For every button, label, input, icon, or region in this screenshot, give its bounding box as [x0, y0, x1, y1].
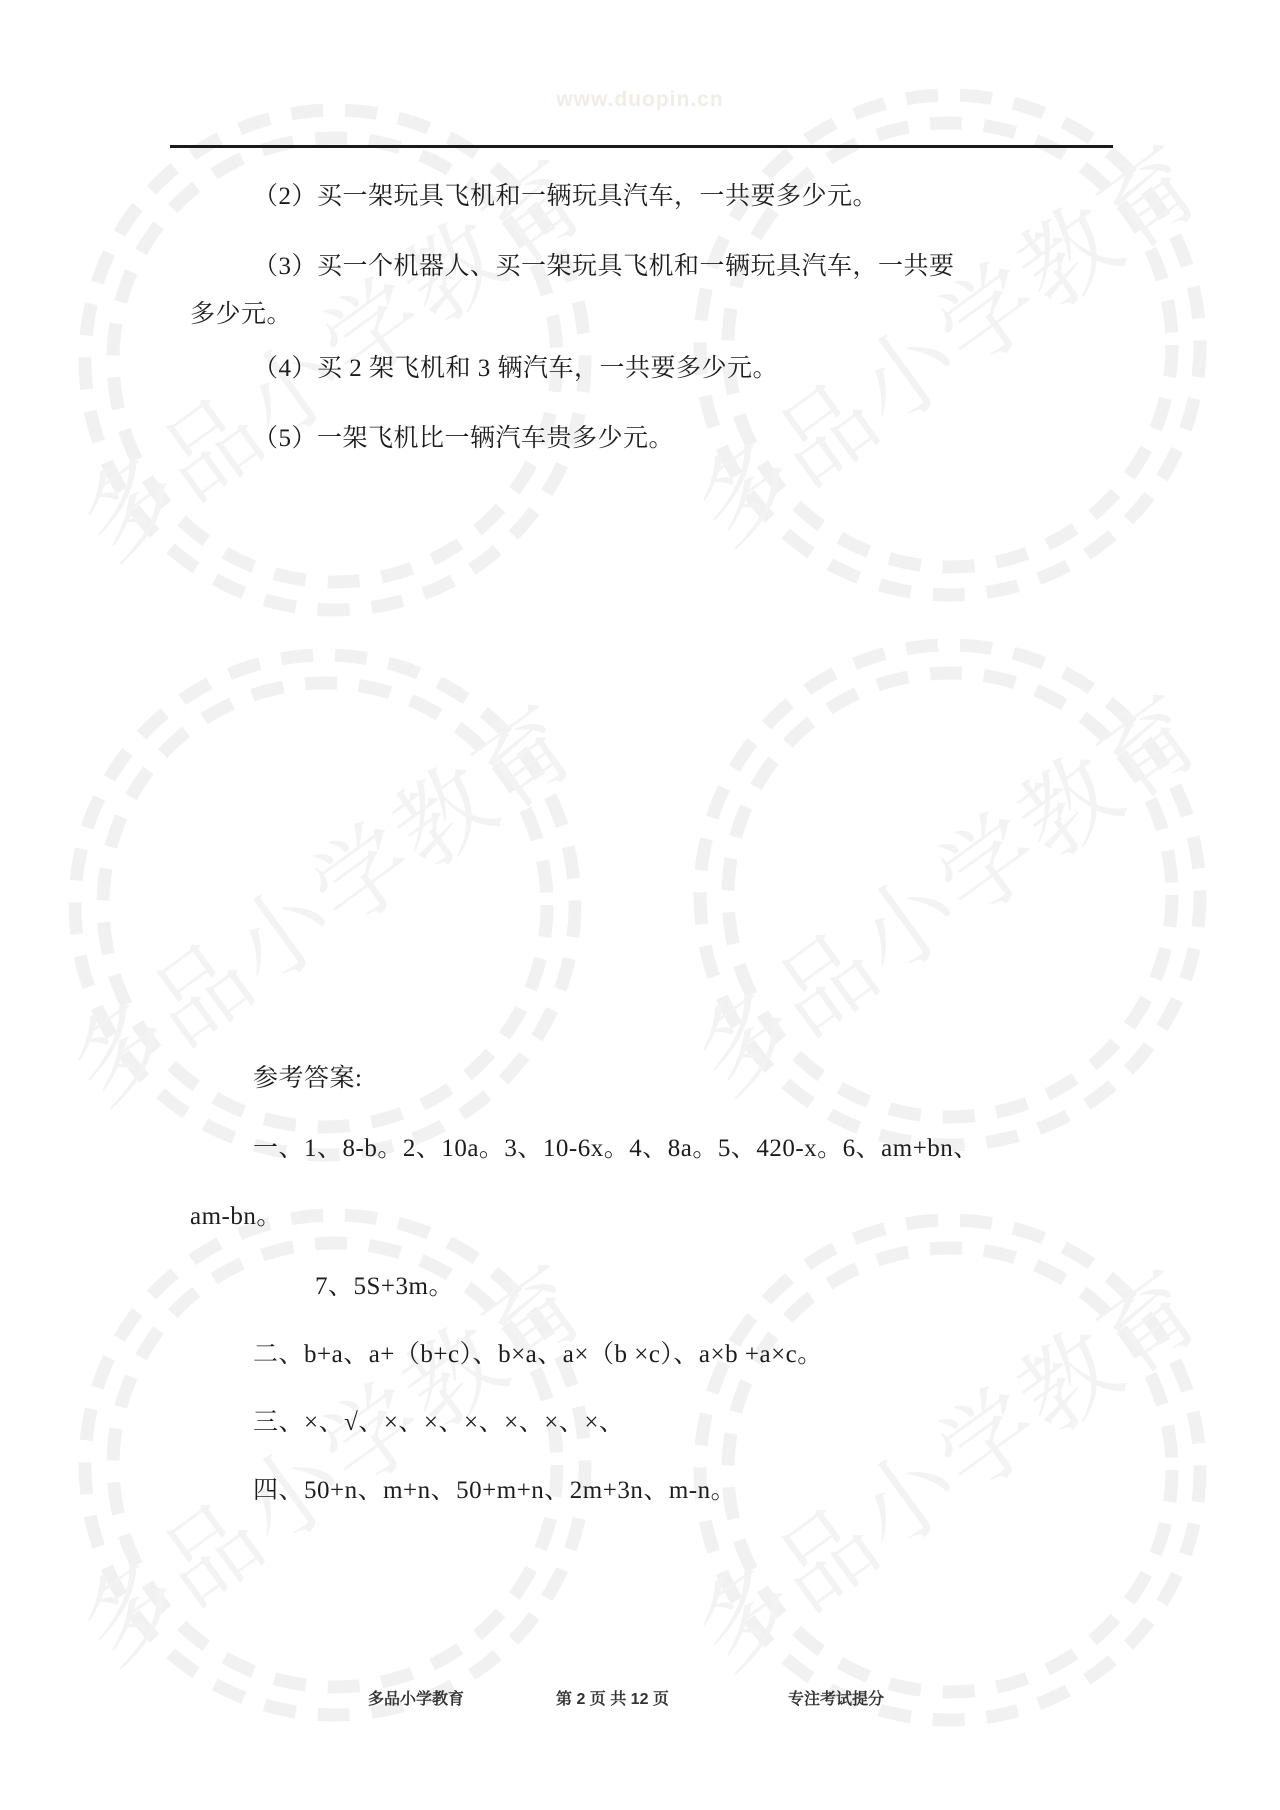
- answers-heading: 参考答案:: [253, 1058, 362, 1094]
- answer-line-section4: 四、50+n、m+n、50+m+n、2m+3n、m-n。: [253, 1470, 736, 1506]
- question-line-2: （2）买一架玩具飞机和一辆玩具汽车，一共要多少元。: [253, 176, 878, 212]
- site-url-watermark: www.duopin.cn: [0, 88, 1280, 112]
- footer-page-number: 第 2 页 共 12 页: [556, 1686, 669, 1709]
- answer-line-section1-cont: am-bn。: [190, 1196, 282, 1232]
- answer-line-section3: 三、×、√、×、×、×、×、×、×、: [253, 1402, 624, 1438]
- answer-line-section1: 一、1、8-b。2、10a。3、10-6x。4、8a。5、420-x。6、am+…: [253, 1128, 979, 1164]
- question-line-4: （4）买 2 架飞机和 3 辆汽车，一共要多少元。: [253, 348, 778, 384]
- question-line-3: （3）买一个机器人、买一架玩具飞机和一辆玩具汽车，一共要: [253, 246, 955, 282]
- question-line-3-cont: 多少元。: [190, 294, 292, 330]
- answer-line-section2: 二、b+a、a+（b+c）、b×a、a×（b ×c）、a×b +a×c。: [253, 1334, 823, 1370]
- footer-slogan: 专注考试提分: [788, 1686, 884, 1709]
- page-footer: 多品小学教育 第 2 页 共 12 页 专注考试提分: [0, 1686, 1280, 1710]
- watermark-text: 多品小学教育: [676, 1250, 1224, 1689]
- watermark-text: 多品小学教育: [61, 1245, 609, 1684]
- answer-line-item7: 7、5S+3m。: [315, 1266, 454, 1302]
- worksheet-page: 多品小学教育 多品小学教育 多品小学教育 多品小学教育 多品小学教育 多品小学教…: [0, 0, 1280, 1810]
- watermark-text: 多品小学教育: [676, 675, 1224, 1114]
- footer-brand: 多品小学教育: [368, 1686, 464, 1709]
- question-line-5: （5）一架飞机比一辆汽车贵多少元。: [253, 418, 674, 454]
- header-rule: [170, 145, 1113, 148]
